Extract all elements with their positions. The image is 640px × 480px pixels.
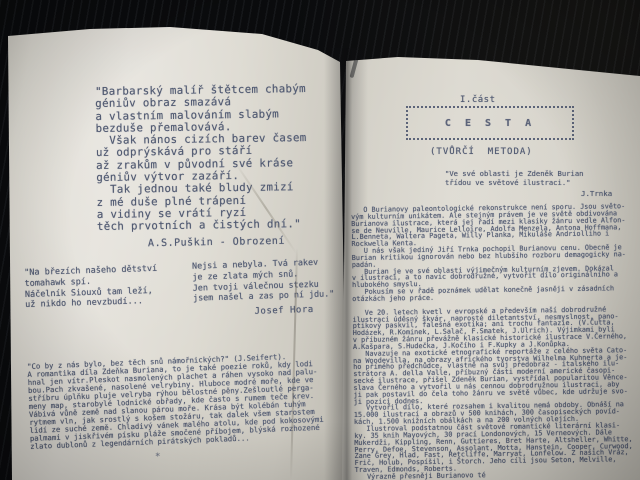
photo-vignette: [0, 0, 640, 480]
photo-open-typescript-book: "Barbarský malíř štětcem chabým géniův o…: [0, 0, 640, 480]
